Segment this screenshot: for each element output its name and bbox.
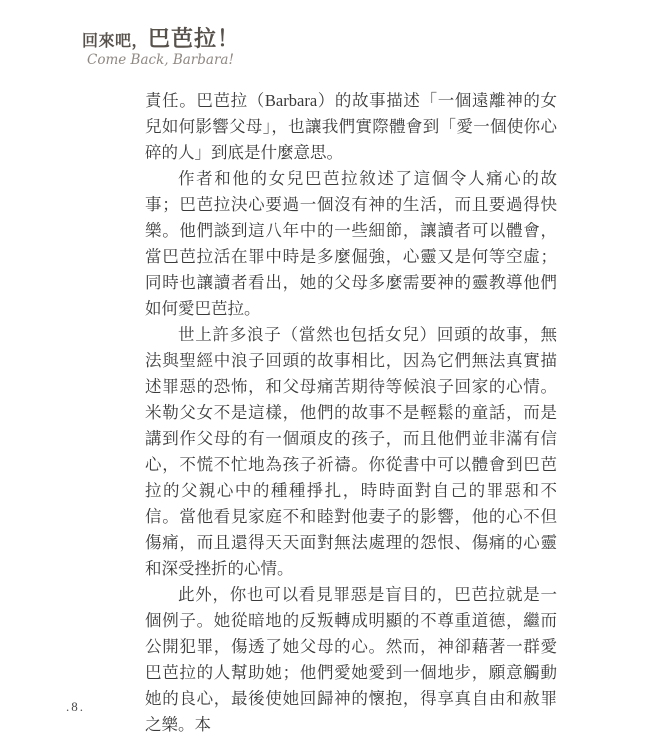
book-title-prefix: 回來吧，: [82, 28, 148, 51]
book-subtitle-script: Come Back, Barbara!: [87, 52, 240, 68]
book-header: 回來吧，巴芭拉！ Come Back, Barbara!: [82, 22, 240, 68]
book-page: 回來吧，巴芭拉！ Come Back, Barbara! 責任。巴芭拉（Barb…: [0, 0, 650, 750]
book-title-main: 巴芭拉！: [148, 22, 240, 53]
paragraph: 作者和他的女兒巴芭拉敘述了這個令人痛心的故事；巴芭拉決心要過一個沒有神的生活，而…: [145, 166, 557, 322]
paragraph: 世上許多浪子（當然也包括女兒）回頭的故事，無法與聖經中浪子回頭的故事相比，因為它…: [145, 322, 557, 582]
paragraph: 此外，你也可以看見罪惡是盲目的，巴芭拉就是一個例子。她從暗地的反叛轉成明顯的不尊…: [145, 582, 557, 738]
book-title: 回來吧，巴芭拉！: [82, 22, 240, 53]
body-text: 責任。巴芭拉（Barbara）的故事描述「一個遠離神的女兒如何影響父母」，也讓我…: [145, 88, 557, 738]
paragraph: 責任。巴芭拉（Barbara）的故事描述「一個遠離神的女兒如何影響父母」，也讓我…: [145, 88, 557, 166]
page-number: .8.: [66, 699, 85, 715]
